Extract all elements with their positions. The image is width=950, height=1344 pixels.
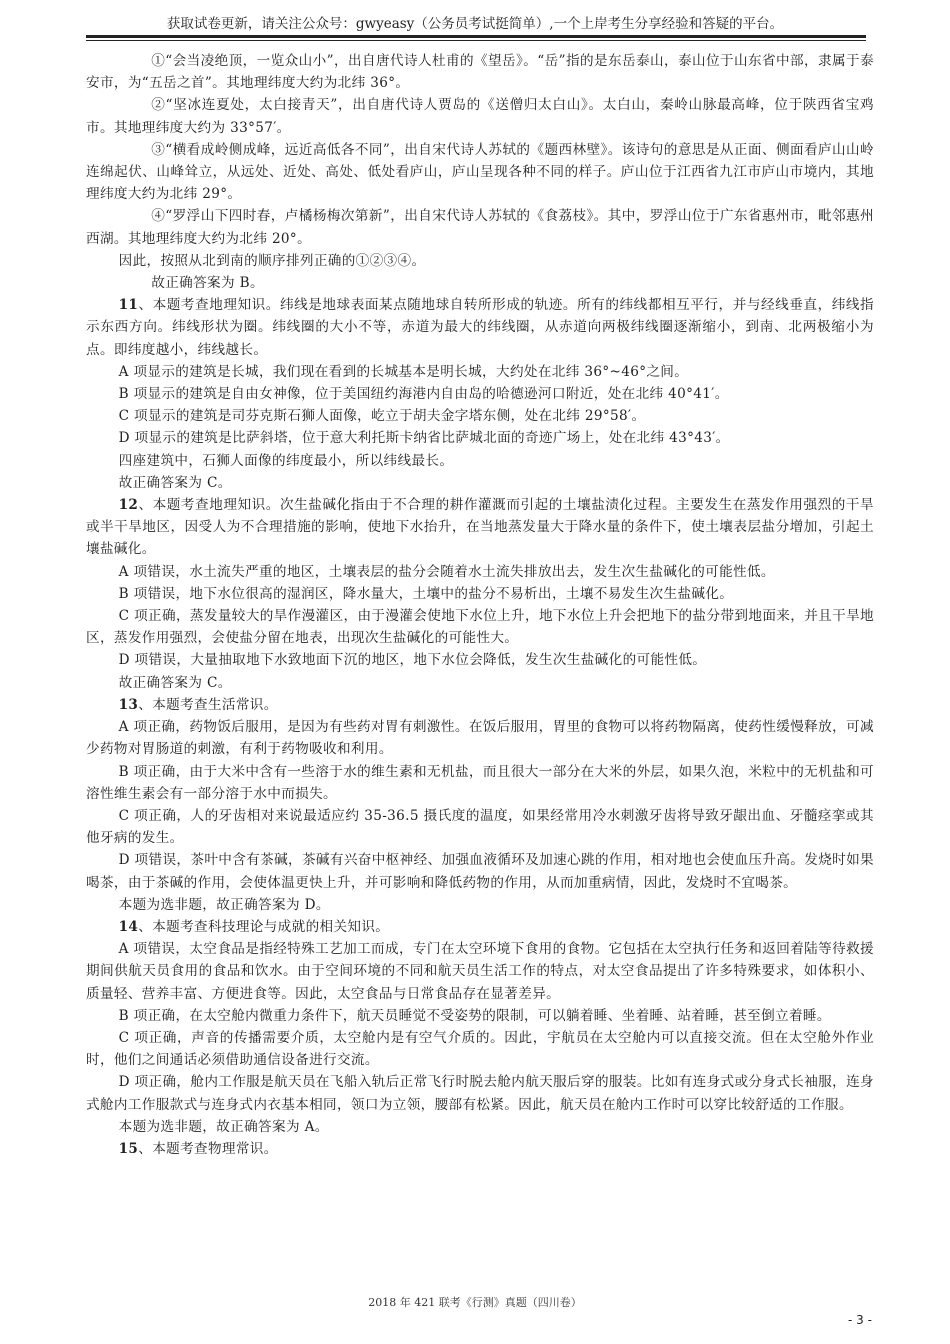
paragraph: C 项正确，声音的传播需要介质，太空舱内是有空气介质的。因此，宇航员在太空舱内可… bbox=[86, 1027, 874, 1071]
page-footer-title: 2018 年 421 联考《行测》真题（四川卷） bbox=[0, 1294, 950, 1310]
paragraph-text: 、本题考查地理知识。次生盐碱化指由于不合理的耕作灌溉而引起的土壤盐渍化过程。主要… bbox=[86, 497, 874, 557]
paragraph-text: ②“坚冰连夏处，太白接青天”，出自唐代诗人贾岛的《送僧归太白山》。太白山，秦岭山… bbox=[86, 97, 874, 135]
paragraph: D 项错误，茶叶中含有茶碱，茶碱有兴奋中枢神经、加强血液循环及加速心跳的作用，相… bbox=[86, 849, 874, 893]
paragraph-text: C 项正确，人的牙齿相对来说最适应约 35-36.5 摄氏度的温度，如果经常用冷… bbox=[86, 808, 874, 846]
paragraph-text: D 项错误，茶叶中含有茶碱，茶碱有兴奋中枢神经、加强血液循环及加速心跳的作用，相… bbox=[86, 852, 874, 890]
paragraph: B 项显示的建筑是自由女神像，位于美国纽约海港内自由岛的哈德逊河口附近，处在北纬… bbox=[86, 383, 874, 405]
paragraph-text: A 项错误，太空食品是指经特殊工艺加工而成，专门在太空环境下食用的食物。它包括在… bbox=[86, 941, 874, 1001]
paragraph-text: 、本题考查生活常识。 bbox=[138, 697, 277, 713]
paragraph: C 项显示的建筑是司芬克斯石狮人面像，屹立于胡夫金字塔东侧，处在北纬 29°58… bbox=[86, 405, 874, 427]
paragraph: B 项错误，地下水位很高的湿润区，降水量大，土壤中的盐分不易析出，土壤不易发生次… bbox=[86, 583, 874, 605]
page-number: - 3 - bbox=[848, 1313, 872, 1327]
paragraph: D 项显示的建筑是比萨斜塔，位于意大利托斯卡纳省比萨城北面的奇迹广场上，处在北纬… bbox=[86, 427, 874, 449]
paragraph: C 项正确，蒸发量较大的旱作漫灌区，由于漫灌会使地下水位上升，地下水位上升会把地… bbox=[86, 605, 874, 649]
paragraph-text: A 项显示的建筑是长城，我们现在看到的长城基本是明长城，大约处在北纬 36°~4… bbox=[119, 364, 689, 380]
paragraph-text: D 项错误，大量抽取地下水致地面下沉的地区，地下水位会降低，发生次生盐碱化的可能… bbox=[119, 652, 707, 668]
question-number: 12 bbox=[119, 497, 139, 513]
paragraph: 本题为选非题，故正确答案为 D。 bbox=[86, 894, 874, 916]
paragraph-text: B 项显示的建筑是自由女神像，位于美国纽约海港内自由岛的哈德逊河口附近，处在北纬… bbox=[119, 386, 729, 402]
paragraph: A 项错误，水土流失严重的地区，土壤表层的盐分会随着水土流失排放出去，发生次生盐… bbox=[86, 561, 874, 583]
paragraph: ②“坚冰连夏处，太白接青天”，出自唐代诗人贾岛的《送僧归太白山》。太白山，秦岭山… bbox=[86, 94, 874, 138]
question-number: 13 bbox=[119, 697, 139, 713]
paragraph-text: 、本题考查地理知识。纬线是地球表面某点随地球自转所形成的轨迹。所有的纬线都相互平… bbox=[86, 297, 874, 357]
paragraph: A 项显示的建筑是长城，我们现在看到的长城基本是明长城，大约处在北纬 36°~4… bbox=[86, 361, 874, 383]
paragraph-text: B 项正确，在太空舱内微重力条件下，航天员睡觉不受姿势的限制，可以躺着睡、坐着睡… bbox=[119, 1008, 831, 1024]
question-heading-paragraph: 11、本题考查地理知识。纬线是地球表面某点随地球自转所形成的轨迹。所有的纬线都相… bbox=[86, 294, 874, 361]
page-header: 获取试卷更新，请关注公众号：gwyeasy（公务员考试挺简单）,一个上岸考生分享… bbox=[0, 12, 950, 32]
paragraph: A 项正确，药物饭后服用，是因为有些药对胃有刺激性。在饭后服用，胃里的食物可以将… bbox=[86, 716, 874, 760]
paragraph: D 项正确，舱内工作服是航天员在飞船入轨后正常飞行时脱去舱内航天服后穿的服装。比… bbox=[86, 1071, 874, 1115]
paragraph-text: 故正确答案为 B。 bbox=[151, 275, 264, 291]
paragraph: A 项错误，太空食品是指经特殊工艺加工而成，专门在太空环境下食用的食物。它包括在… bbox=[86, 938, 874, 1005]
question-number: 14 bbox=[119, 919, 139, 935]
paragraph: 故正确答案为 B。 bbox=[86, 272, 874, 294]
paragraph: 四座建筑中，石狮人面像的纬度最小，所以纬线最长。 bbox=[86, 450, 874, 472]
paragraph-text: 故正确答案为 C。 bbox=[119, 475, 232, 491]
question-heading-paragraph: 12、本题考查地理知识。次生盐碱化指由于不合理的耕作灌溉而引起的土壤盐渍化过程。… bbox=[86, 494, 874, 561]
paragraph: 本题为选非题，故正确答案为 A。 bbox=[86, 1116, 874, 1138]
paragraph-text: 因此，按照从北到南的顺序排列正确的①②③④。 bbox=[119, 253, 426, 269]
paragraph: 故正确答案为 C。 bbox=[86, 672, 874, 694]
header-rule bbox=[86, 35, 866, 42]
document-body: ①“会当凌绝顶，一览众山小”，出自唐代诗人杜甫的《望岳》。“岳”指的是东岳泰山，… bbox=[86, 50, 874, 1160]
paragraph-text: 四座建筑中，石狮人面像的纬度最小，所以纬线最长。 bbox=[119, 453, 454, 469]
paragraph-text: 故正确答案为 C。 bbox=[119, 675, 232, 691]
paragraph: 故正确答案为 C。 bbox=[86, 472, 874, 494]
paragraph-text: 本题为选非题，故正确答案为 D。 bbox=[119, 897, 330, 913]
paragraph: B 项正确，在太空舱内微重力条件下，航天员睡觉不受姿势的限制，可以躺着睡、坐着睡… bbox=[86, 1005, 874, 1027]
paragraph-text: D 项显示的建筑是比萨斜塔，位于意大利托斯卡纳省比萨城北面的奇迹广场上，处在北纬… bbox=[119, 430, 730, 446]
paragraph-text: C 项正确，蒸发量较大的旱作漫灌区，由于漫灌会使地下水位上升，地下水位上升会把地… bbox=[86, 608, 874, 646]
paragraph-text: 本题为选非题，故正确答案为 A。 bbox=[119, 1119, 329, 1135]
paragraph: D 项错误，大量抽取地下水致地面下沉的地区，地下水位会降低，发生次生盐碱化的可能… bbox=[86, 649, 874, 671]
paragraph-text: A 项错误，水土流失严重的地区，土壤表层的盐分会随着水土流失排放出去，发生次生盐… bbox=[119, 564, 775, 580]
paragraph-text: C 项正确，声音的传播需要介质，太空舱内是有空气介质的。因此，宇航员在太空舱内可… bbox=[86, 1030, 874, 1068]
paragraph: B 项正确，由于大米中含有一些溶于水的维生素和无机盐，而且很大一部分在大米的外层… bbox=[86, 761, 874, 805]
paragraph: ③“横看成岭侧成峰，远近高低各不同”，出自宋代诗人苏轼的《题西林壁》。该诗句的意… bbox=[86, 139, 874, 206]
paragraph: C 项正确，人的牙齿相对来说最适应约 35-36.5 摄氏度的温度，如果经常用冷… bbox=[86, 805, 874, 849]
paragraph-text: A 项正确，药物饭后服用，是因为有些药对胃有刺激性。在饭后服用，胃里的食物可以将… bbox=[86, 719, 874, 757]
question-heading-paragraph: 13、本题考查生活常识。 bbox=[86, 694, 874, 716]
question-number: 11 bbox=[119, 297, 139, 313]
paragraph-text: 、本题考查科技理论与成就的相关知识。 bbox=[138, 919, 389, 935]
paragraph-text: ①“会当凌绝顶，一览众山小”，出自唐代诗人杜甫的《望岳》。“岳”指的是东岳泰山，… bbox=[86, 53, 874, 91]
paragraph-text: B 项正确，由于大米中含有一些溶于水的维生素和无机盐，而且很大一部分在大米的外层… bbox=[86, 764, 874, 802]
paragraph-text: C 项显示的建筑是司芬克斯石狮人面像，屹立于胡夫金字塔东侧，处在北纬 29°58… bbox=[119, 408, 646, 424]
paragraph-text: ④“罗浮山下四时春，卢橘杨梅次第新”，出自宋代诗人苏轼的《食荔枝》。其中，罗浮山… bbox=[86, 208, 874, 246]
question-number: 15 bbox=[119, 1141, 139, 1157]
paragraph: ④“罗浮山下四时春，卢橘杨梅次第新”，出自宋代诗人苏轼的《食荔枝》。其中，罗浮山… bbox=[86, 205, 874, 249]
paragraph-text: 、本题考查物理常识。 bbox=[138, 1141, 277, 1157]
question-heading-paragraph: 15、本题考查物理常识。 bbox=[86, 1138, 874, 1160]
paragraph-text: D 项正确，舱内工作服是航天员在飞船入轨后正常飞行时脱去舱内航天服后穿的服装。比… bbox=[86, 1074, 874, 1112]
paragraph: ①“会当凌绝顶，一览众山小”，出自唐代诗人杜甫的《望岳》。“岳”指的是东岳泰山，… bbox=[86, 50, 874, 94]
paragraph: 因此，按照从北到南的顺序排列正确的①②③④。 bbox=[86, 250, 874, 272]
question-heading-paragraph: 14、本题考查科技理论与成就的相关知识。 bbox=[86, 916, 874, 938]
paragraph-text: B 项错误，地下水位很高的湿润区，降水量大，土壤中的盐分不易析出，土壤不易发生次… bbox=[119, 586, 734, 602]
paragraph-text: ③“横看成岭侧成峰，远近高低各不同”，出自宋代诗人苏轼的《题西林壁》。该诗句的意… bbox=[86, 142, 874, 202]
